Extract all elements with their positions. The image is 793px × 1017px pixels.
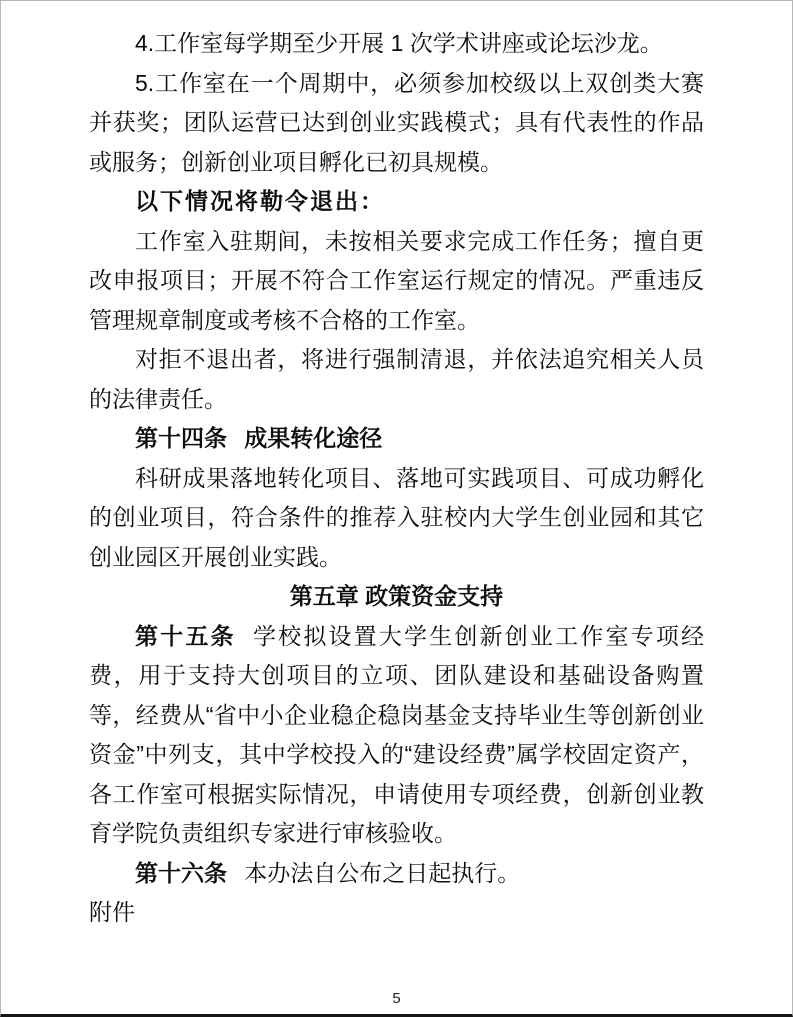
chapter-5-heading: 第五章 政策资金支持 — [89, 577, 704, 617]
article-16-body: 本办法自公布之日起执行。 — [244, 860, 520, 886]
article-14-title: 成果转化途径 — [244, 425, 382, 451]
page-number: 5 — [1, 990, 792, 1008]
attachment-label: 附件 — [89, 893, 704, 933]
expulsion-heading: 以下情况将勒令退出： — [89, 182, 704, 222]
paragraph-article-14-body: 科研成果落地转化项目、落地可实践项目、可成功孵化的创业项目，符合条件的推荐入驻校… — [89, 459, 704, 578]
paragraph-expulsion-enforcement: 对拒不退出者，将进行强制清退，并依法追究相关人员的法律责任。 — [89, 340, 704, 419]
document-content: 4.工作室每学期至少开展 1 次学术讲座或论坛沙龙。 5.工作室在一个周期中，必… — [1, 1, 792, 933]
paragraph-item-4: 4.工作室每学期至少开展 1 次学术讲座或论坛沙龙。 — [89, 24, 704, 64]
paragraph-expulsion-conditions: 工作室入驻期间，未按相关要求完成工作任务；擅自更改申报项目；开展不符合工作室运行… — [89, 222, 704, 341]
article-15-label: 第十五条 — [135, 623, 236, 649]
paragraph-item-5: 5.工作室在一个周期中，必须参加校级以上双创类大赛并获奖；团队运营已达到创业实践… — [89, 64, 704, 183]
article-14-heading: 第十四条成果转化途径 — [89, 419, 704, 459]
paragraph-article-16: 第十六条本办法自公布之日起执行。 — [89, 854, 704, 894]
article-14-label: 第十四条 — [135, 425, 227, 451]
paragraph-article-15: 第十五条学校拟设置大学生创新创业工作室专项经费，用于支持大创项目的立项、团队建设… — [89, 617, 704, 854]
article-15-body: 学校拟设置大学生创新创业工作室专项经费，用于支持大创项目的立项、团队建设和基础设… — [89, 623, 704, 847]
document-page: 4.工作室每学期至少开展 1 次学术讲座或论坛沙龙。 5.工作室在一个周期中，必… — [0, 0, 793, 1017]
article-16-label: 第十六条 — [135, 860, 227, 886]
